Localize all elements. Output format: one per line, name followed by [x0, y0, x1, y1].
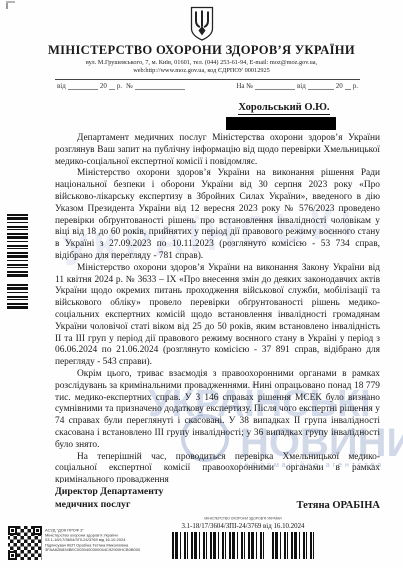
- body-paragraph: Міністерство охорони здоров’я України на…: [55, 168, 380, 262]
- registration-barcode: [272, 532, 314, 559]
- registration-barcode-block: МІНІСТЕРСТВО ОХОРОНИ ЗДОРОВ’Я УКРАЇНИ 3.…: [158, 517, 328, 559]
- signature-block: Директор Департаменту медичних послуг Те…: [55, 486, 380, 511]
- ministry-address-line2: web:http://www.moz.gov.ua, код ЄДРПОУ 00…: [0, 67, 403, 75]
- signer-name: Тетяна ОРАБІНА: [297, 500, 381, 511]
- ref-number-label: №: [126, 82, 133, 90]
- ref-number-blank: [135, 82, 185, 90]
- letterhead: МІНІСТЕРСТВО ОХОРОНИ ЗДОРОВ’Я УКРАЇНИ ву…: [0, 0, 403, 90]
- signer-title-line2: медичних послуг: [55, 499, 163, 512]
- ministry-title: МІНІСТЕРСТВО ОХОРОНИ ЗДОРОВ’Я УКРАЇНИ: [0, 43, 403, 57]
- ref-from-label: від: [57, 82, 66, 90]
- left-vertical-barcode: [7, 214, 28, 278]
- body-paragraph: Окрім цього, триває взаємодія з правоохо…: [55, 369, 380, 452]
- registration-barcode: [172, 532, 264, 559]
- ref-year-right: 20: [336, 82, 343, 90]
- signer-title-line1: Директор Департаменту: [55, 486, 163, 499]
- esignature-stamp-text: АСУД "ДОК ПРОФ 3" Міністерство охорони з…: [45, 529, 140, 553]
- addressee-block: Хорольський О.Ю.: [226, 97, 342, 130]
- ref-r-left: р.: [117, 82, 122, 90]
- left-vertical-barcode: [7, 284, 28, 311]
- body-paragraph: Міністерство охорони здоров’я України на…: [55, 263, 380, 369]
- ukraine-trident-crest-icon: [189, 6, 215, 42]
- ref-year-right-blank: [345, 82, 351, 90]
- addressee-name: Хорольський О.Ю.: [238, 102, 329, 115]
- ref-on-number-label: На №: [236, 82, 253, 90]
- reference-line: від 20 р. № На № від 20 р.: [55, 79, 360, 90]
- ref-date-blank: [68, 82, 98, 90]
- body-paragraph: Департамент медичних послуг Міністерства…: [55, 133, 380, 168]
- barcode-caption: МІНІСТЕРСТВО ОХОРОНИ ЗДОРОВ’Я УКРАЇНИ: [195, 517, 292, 520]
- ministry-address-line1: вул. М.Грушевського, 7, м. Київ, 01601, …: [0, 59, 403, 67]
- letter-body: Департамент медичних послуг Міністерства…: [55, 133, 380, 483]
- stamp-cert-serial: 3FAA62B834BEC0030400300044C92900HCB0B000: [45, 548, 140, 553]
- body-paragraph: На теперішній час, проводиться перевірка…: [55, 452, 380, 483]
- esignature-qr-code-icon: [8, 526, 42, 560]
- scanned-letter-page: УКРАЇНСЬКІ УКРАЇНСЬКІ НОВИНИ інформаційн…: [0, 0, 403, 568]
- ref-from-label-right: від: [297, 82, 306, 90]
- ref-year-blank: [109, 82, 115, 90]
- ref-on-number-blank: [255, 82, 295, 90]
- ref-r-right: р.: [353, 82, 358, 90]
- ref-date-right-blank: [308, 82, 334, 90]
- registration-number: 3.1-18/17/3604/ЗПІ-24/3769 від 16.10.202…: [158, 523, 328, 530]
- ref-year-left: 20: [100, 82, 107, 90]
- redaction-bar: [226, 117, 336, 130]
